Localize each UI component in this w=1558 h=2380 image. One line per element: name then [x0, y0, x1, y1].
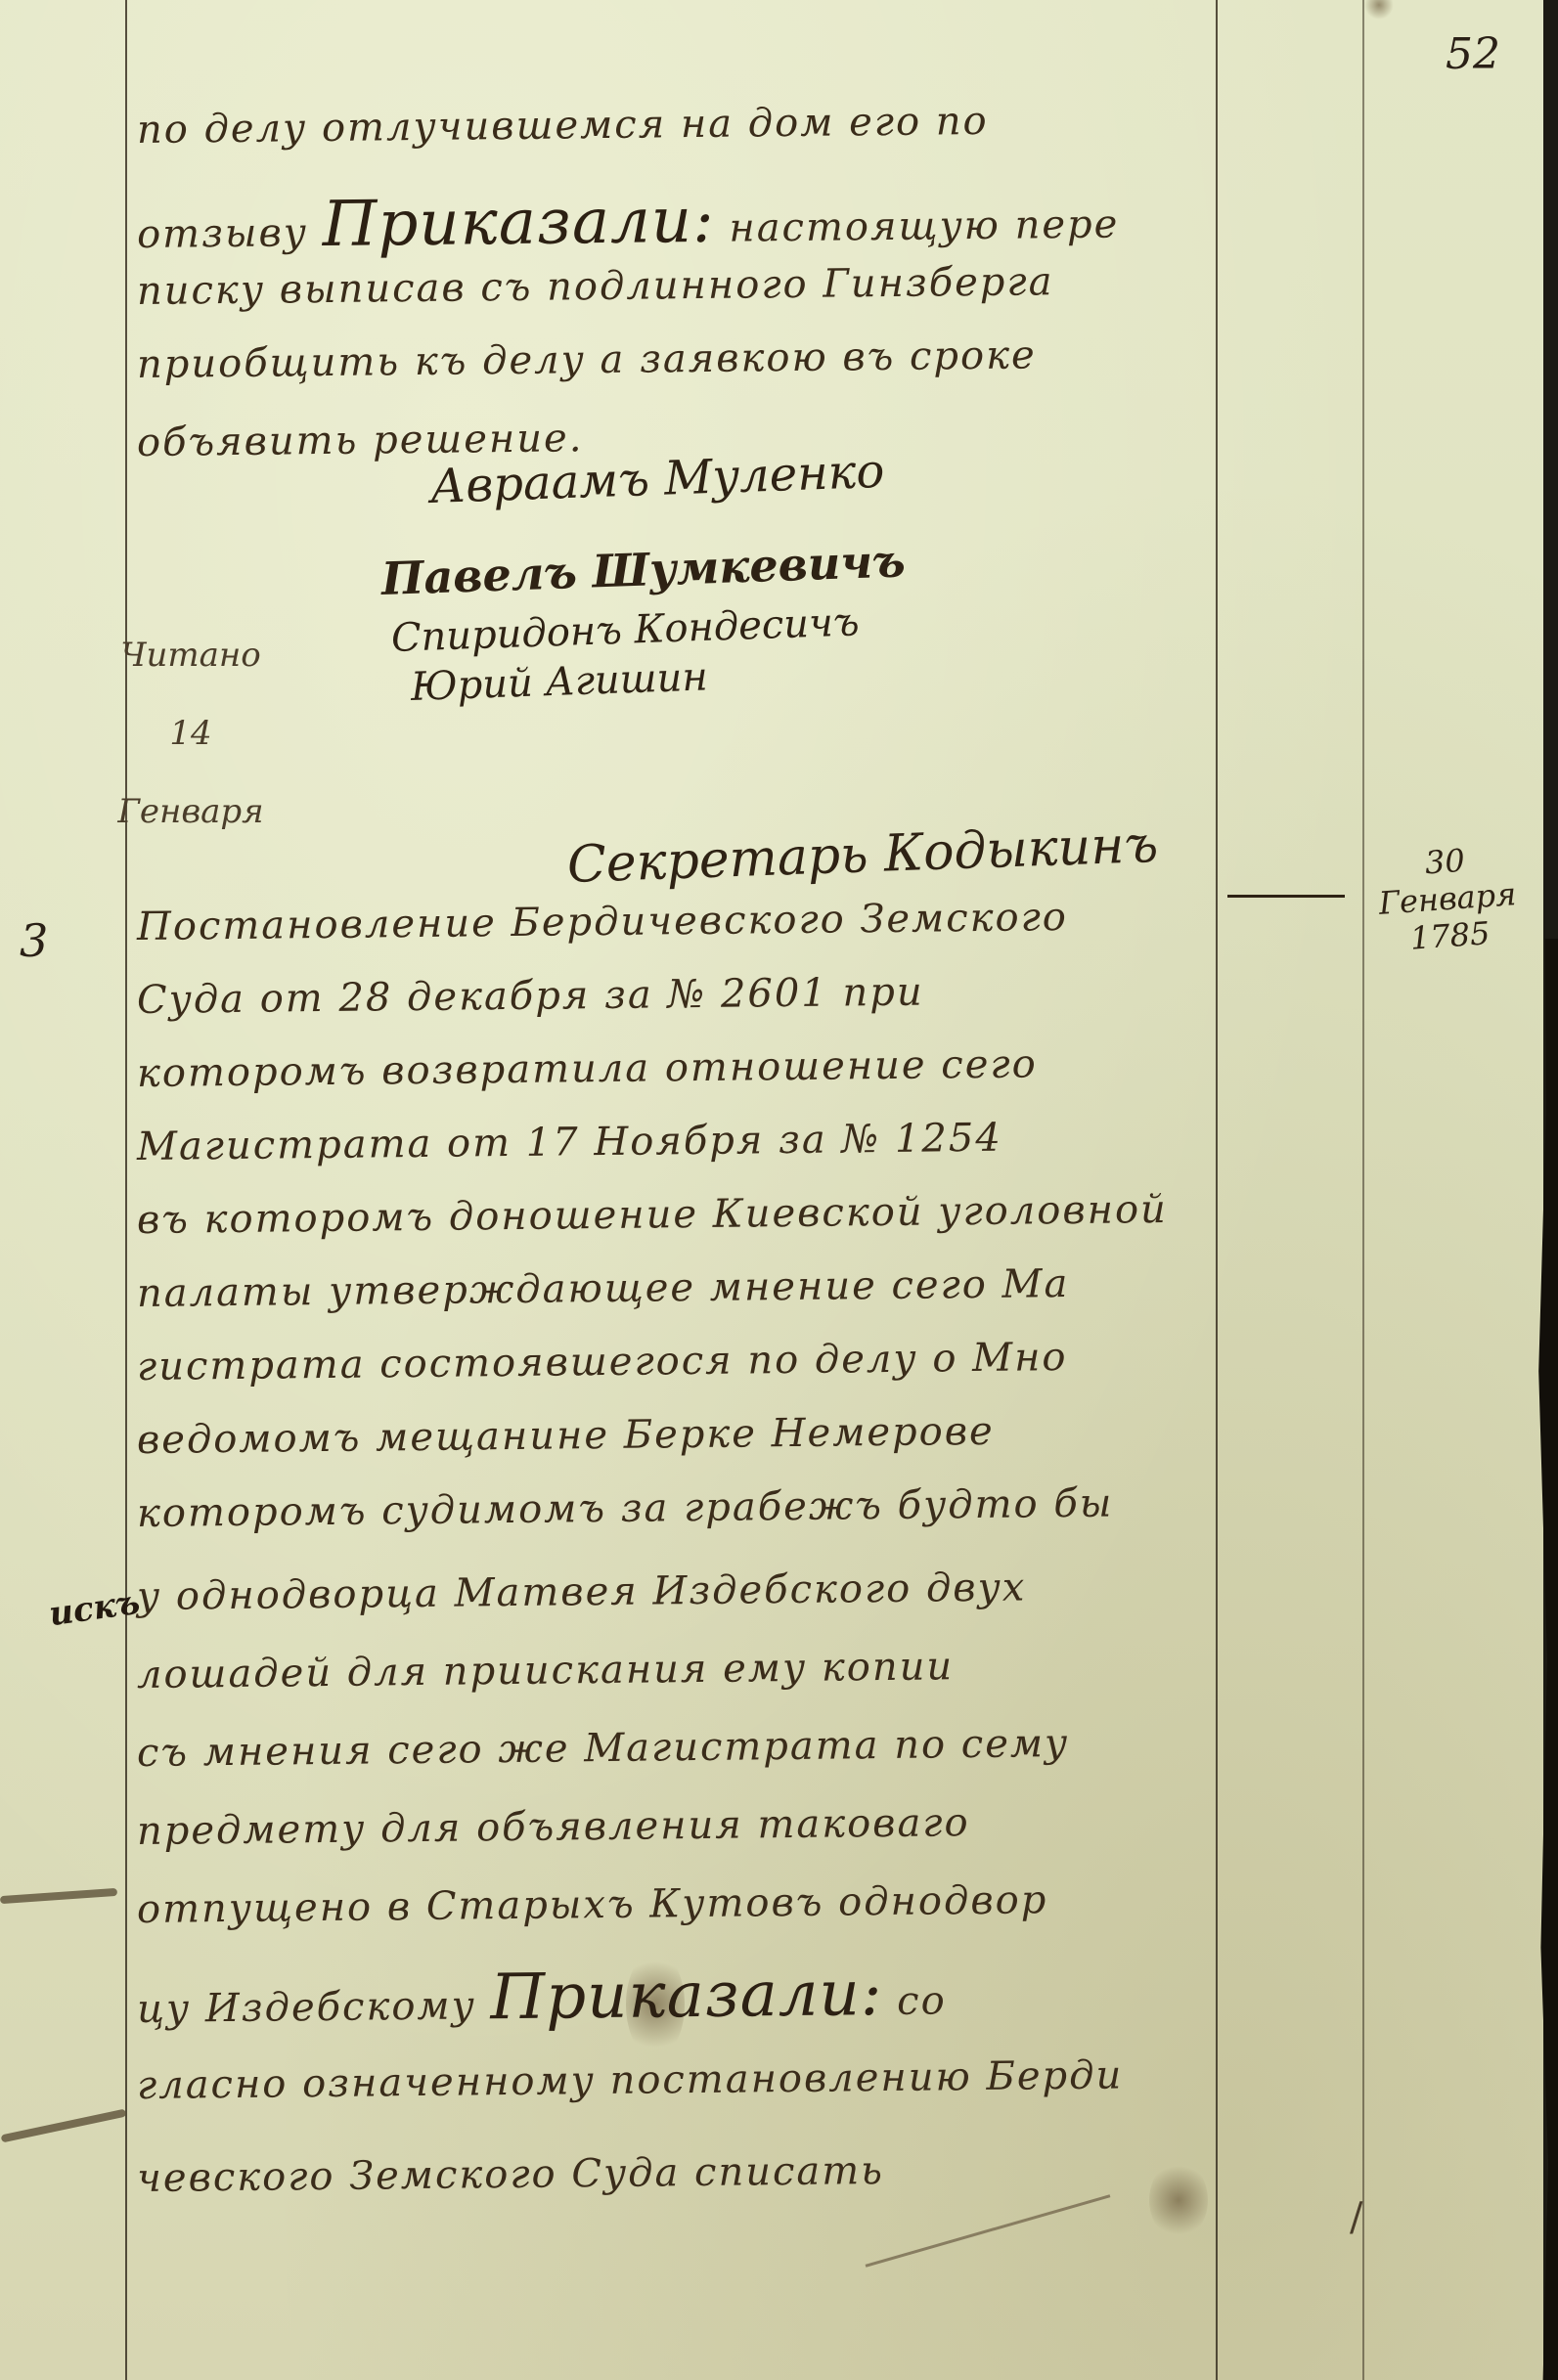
- text-line: отпущено в Старыхъ Кутовъ однодвор: [137, 1875, 1213, 1932]
- text-line: отзыву Приказали: настоящую пере: [137, 179, 1214, 263]
- received-date: 30 Генваря 1785: [1365, 838, 1530, 960]
- text-line: Магистрата от 17 Ноября за № 1254: [137, 1113, 1213, 1169]
- emphasized-word: Приказали:: [322, 185, 715, 261]
- left-margin-rule: [125, 0, 127, 2380]
- read-date-note: Читано 14 Генваря: [108, 616, 274, 851]
- text-line: палаты утверждающее мнение сего Ма: [137, 1259, 1213, 1316]
- text-line: писку выписав съ подлинного Гинзберга: [137, 257, 1213, 314]
- text-line: у однодворца Матвея Издебского двух: [137, 1563, 1213, 1619]
- signature: Спиридонъ Кондесичъ: [390, 599, 860, 661]
- page-number: 52: [1446, 29, 1500, 79]
- text-fragment: отзыву: [137, 210, 308, 257]
- text-line: которомъ возвратила отношение сего: [137, 1039, 1213, 1096]
- outer-margin-rule: [1362, 0, 1364, 2380]
- text-line: гистрата состоявшегося по делу о Мно: [137, 1333, 1213, 1389]
- margin-dash: [1227, 895, 1345, 898]
- text-line: чевского Земского Суда списать: [137, 2144, 1213, 2201]
- secretary-signature: Секретарь Кодыкинъ: [566, 815, 1159, 895]
- text-line: приобщить къ делу а заявкою въ сроке: [137, 331, 1213, 387]
- text-fragment: цу Издебскому: [137, 1983, 476, 2032]
- text-line: цу Издебскому Приказали: со: [137, 1954, 1214, 2038]
- manuscript-page: 52 по делу отлучившемся на дом его по от…: [0, 0, 1543, 2380]
- emphasized-word: Приказали:: [490, 1958, 883, 2034]
- text-column-rule: [1216, 0, 1218, 2380]
- text-fragment: со: [897, 1978, 947, 2024]
- binding-thread: [0, 1888, 117, 1904]
- margin-annotation: искъ: [47, 1583, 143, 1635]
- binding-thread: [1, 2109, 127, 2143]
- text-line: въ которомъ доношение Киевской уголовной: [137, 1186, 1213, 1243]
- text-line: предмету для объявления таковаго: [137, 1797, 1213, 1854]
- text-line: которомъ судимомъ за грабежъ будто бы: [137, 1479, 1213, 1536]
- read-note-day: 14: [108, 694, 274, 772]
- text-line: по делу отлучившемся на дом его по: [137, 96, 1213, 153]
- margin-tick-mark: /: [1350, 2195, 1362, 2240]
- ink-speck: [1364, 0, 1394, 20]
- read-note-month: Генваря: [108, 772, 274, 851]
- text-fragment: настоящую пере: [729, 201, 1119, 250]
- text-line: Суда от 28 декабря за № 2601 при: [137, 966, 1213, 1023]
- read-note-label: Читано: [108, 616, 274, 694]
- text-line: ведомомъ мещанине Берке Немерове: [137, 1406, 1213, 1463]
- text-line: Постановление Бердичевского Земского: [137, 893, 1213, 949]
- signature: Павелъ Шумкевичъ: [380, 534, 906, 605]
- text-line: лошадей для приискания ему копии: [137, 1641, 1213, 1697]
- entry-number: 3: [20, 914, 48, 967]
- text-line: съ мнения сего же Магистрата по сему: [137, 1719, 1213, 1776]
- text-line: гласно означенному постановлению Берди: [137, 2051, 1213, 2108]
- closing-stroke: [866, 2194, 1111, 2268]
- signature: Юрий Агишин: [410, 654, 708, 710]
